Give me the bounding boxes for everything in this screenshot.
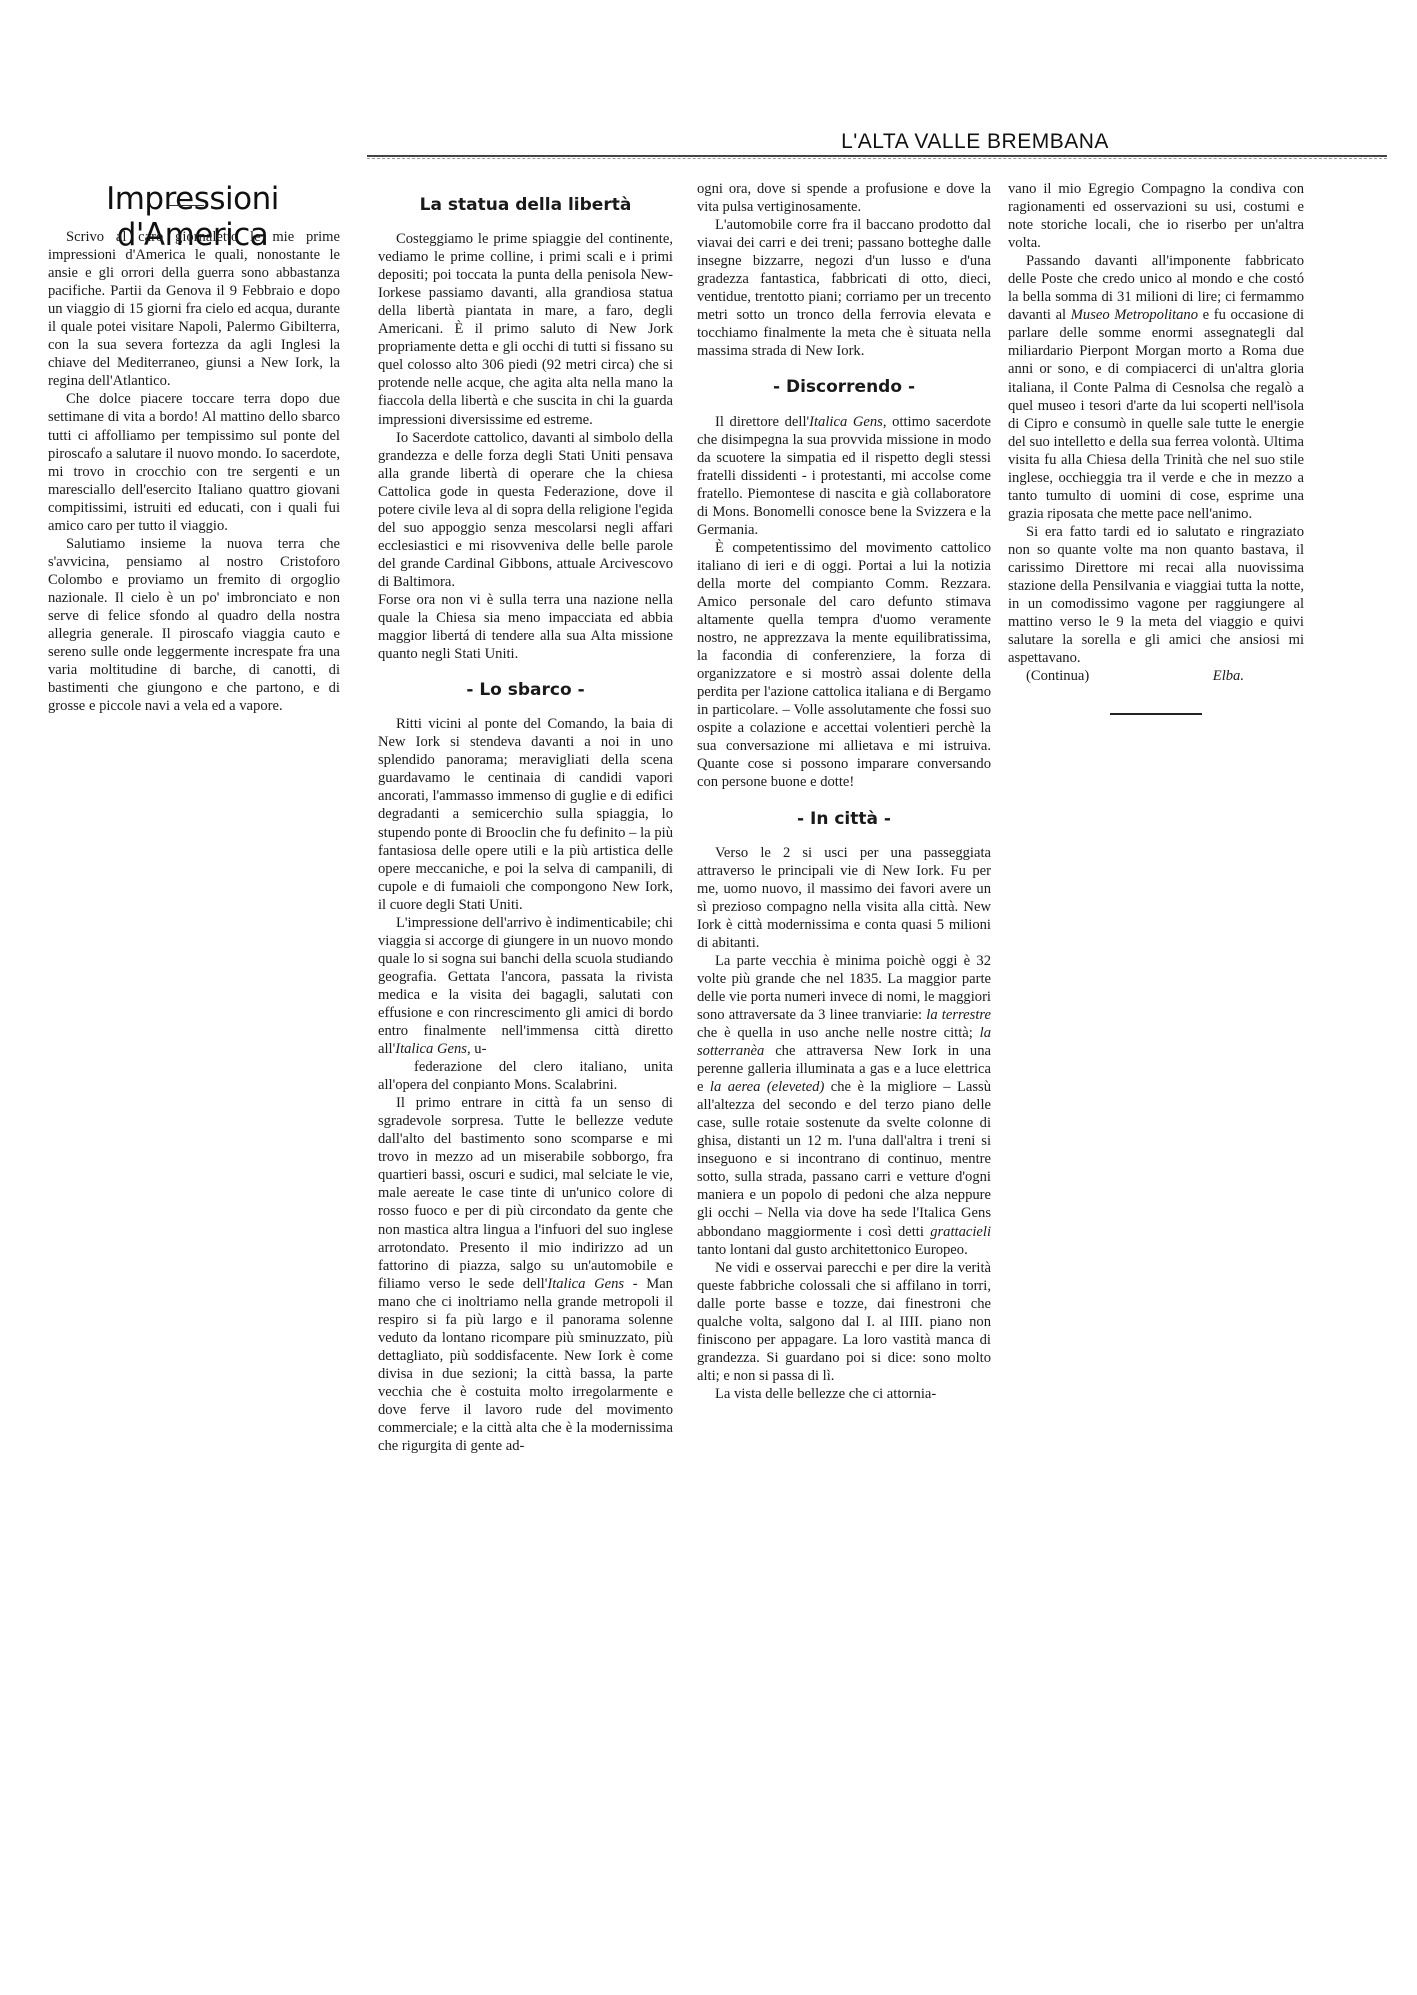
italic-term: la aerea (eleveted) <box>710 1079 824 1095</box>
paragraph: Forse ora non vi è sulla terra una nazio… <box>378 591 673 663</box>
signature-row: (Continua) Elba. <box>1008 667 1304 685</box>
paragraph: L'automobile corre fra il baccano prodot… <box>697 216 991 360</box>
paragraph: L'impressione dell'arrivo è indimenticab… <box>378 914 673 1058</box>
paragraph: Ritti vicini al ponte del Comando, la ba… <box>378 715 673 914</box>
paragraph: vano il mio Egregio Compagno la condiva … <box>1008 180 1304 252</box>
text-run: , u- <box>467 1041 486 1057</box>
text-run: tanto lontani dal gusto architettonico E… <box>697 1242 968 1258</box>
paragraph: Il direttore dell'Italica Gens, ottimo s… <box>697 413 991 539</box>
italic-term: Italica Gens <box>809 414 883 430</box>
text-run: e fu occasione di parlare delle somme en… <box>1008 307 1304 522</box>
paragraph: Verso le 2 si usci per una passeggiata a… <box>697 844 991 952</box>
text-run: , ottimo sacerdote che disimpegna la sua… <box>697 414 991 538</box>
paragraph: Ne vidi e osservai parecchi e per dire l… <box>697 1259 991 1385</box>
paragraph: Il primo entrare in città fa un senso di… <box>378 1094 673 1455</box>
column-3: ogni ora, dove si spende a profusione e … <box>697 180 991 1403</box>
paragraph: La parte vecchia è minima poichè oggi è … <box>697 952 991 1259</box>
section-heading-discorrendo: - Discorrendo - <box>697 378 991 396</box>
paragraph: Costeggiamo le prime spiaggie del contin… <box>378 230 673 429</box>
paragraph: Salutiamo insieme la nuova terra che s'a… <box>48 535 340 715</box>
italic-term: la terrestre <box>926 1007 991 1023</box>
newspaper-page: L'ALTA VALLE BREMBANA Impressioni d'Amer… <box>0 0 1417 1995</box>
paragraph: Scrivo al caro giornaletto le mie prime … <box>48 228 340 390</box>
italic-term: grattacieli <box>930 1224 991 1240</box>
header-rule <box>367 155 1387 159</box>
paragraph: È competentissimo del movimento cattolic… <box>697 539 991 792</box>
text-run: - Man mano che ci inoltriamo nella grand… <box>378 1276 673 1454</box>
text-run: Il primo entrare in città fa un senso di… <box>378 1095 673 1291</box>
column-1: Scrivo al caro giornaletto le mie prime … <box>48 228 340 715</box>
paragraph: ogni ora, dove si spende a profusione e … <box>697 180 991 216</box>
paragraph: Si era fatto tardi ed io salutato e ring… <box>1008 523 1304 667</box>
paragraph: federazione del clero italiano, unita al… <box>378 1058 673 1094</box>
continua-label: (Continua) <box>1026 667 1089 685</box>
italic-term: Italica Gens <box>395 1041 467 1057</box>
paragraph: La vista delle bellezze che ci attornia- <box>697 1385 991 1403</box>
paragraph: Passando davanti all'imponente fabbricat… <box>1008 252 1304 523</box>
italic-term: Museo Metropolitano <box>1071 307 1198 323</box>
paragraph: Io Sacerdote cattolico, davanti al simbo… <box>378 429 673 591</box>
text-run: L'impressione dell'arrivo è indimenticab… <box>378 915 673 1057</box>
section-heading-statua: La statua della libertà <box>378 196 673 214</box>
column-2: La statua della libertà Costeggiamo le p… <box>378 196 673 1455</box>
title-divider <box>168 205 204 206</box>
newspaper-masthead: L'ALTA VALLE BREMBANA <box>830 130 1120 154</box>
text-run: che è la migliore – Lassù all'altezza de… <box>697 1079 991 1239</box>
author-signature: Elba. <box>1213 667 1244 685</box>
column-4: vano il mio Egregio Compagno la condiva … <box>1008 180 1304 715</box>
section-heading-sbarco: - Lo sbarco - <box>378 681 673 699</box>
paragraph: Che dolce piacere toccare terra dopo due… <box>48 390 340 534</box>
section-heading-in-citta: - In città - <box>697 810 991 828</box>
end-divider <box>1110 713 1202 715</box>
text-run: che è quella in uso anche nelle nostre c… <box>697 1025 973 1041</box>
text-run: Il direttore dell' <box>715 414 809 430</box>
italic-term: Italica Gens <box>547 1276 624 1292</box>
